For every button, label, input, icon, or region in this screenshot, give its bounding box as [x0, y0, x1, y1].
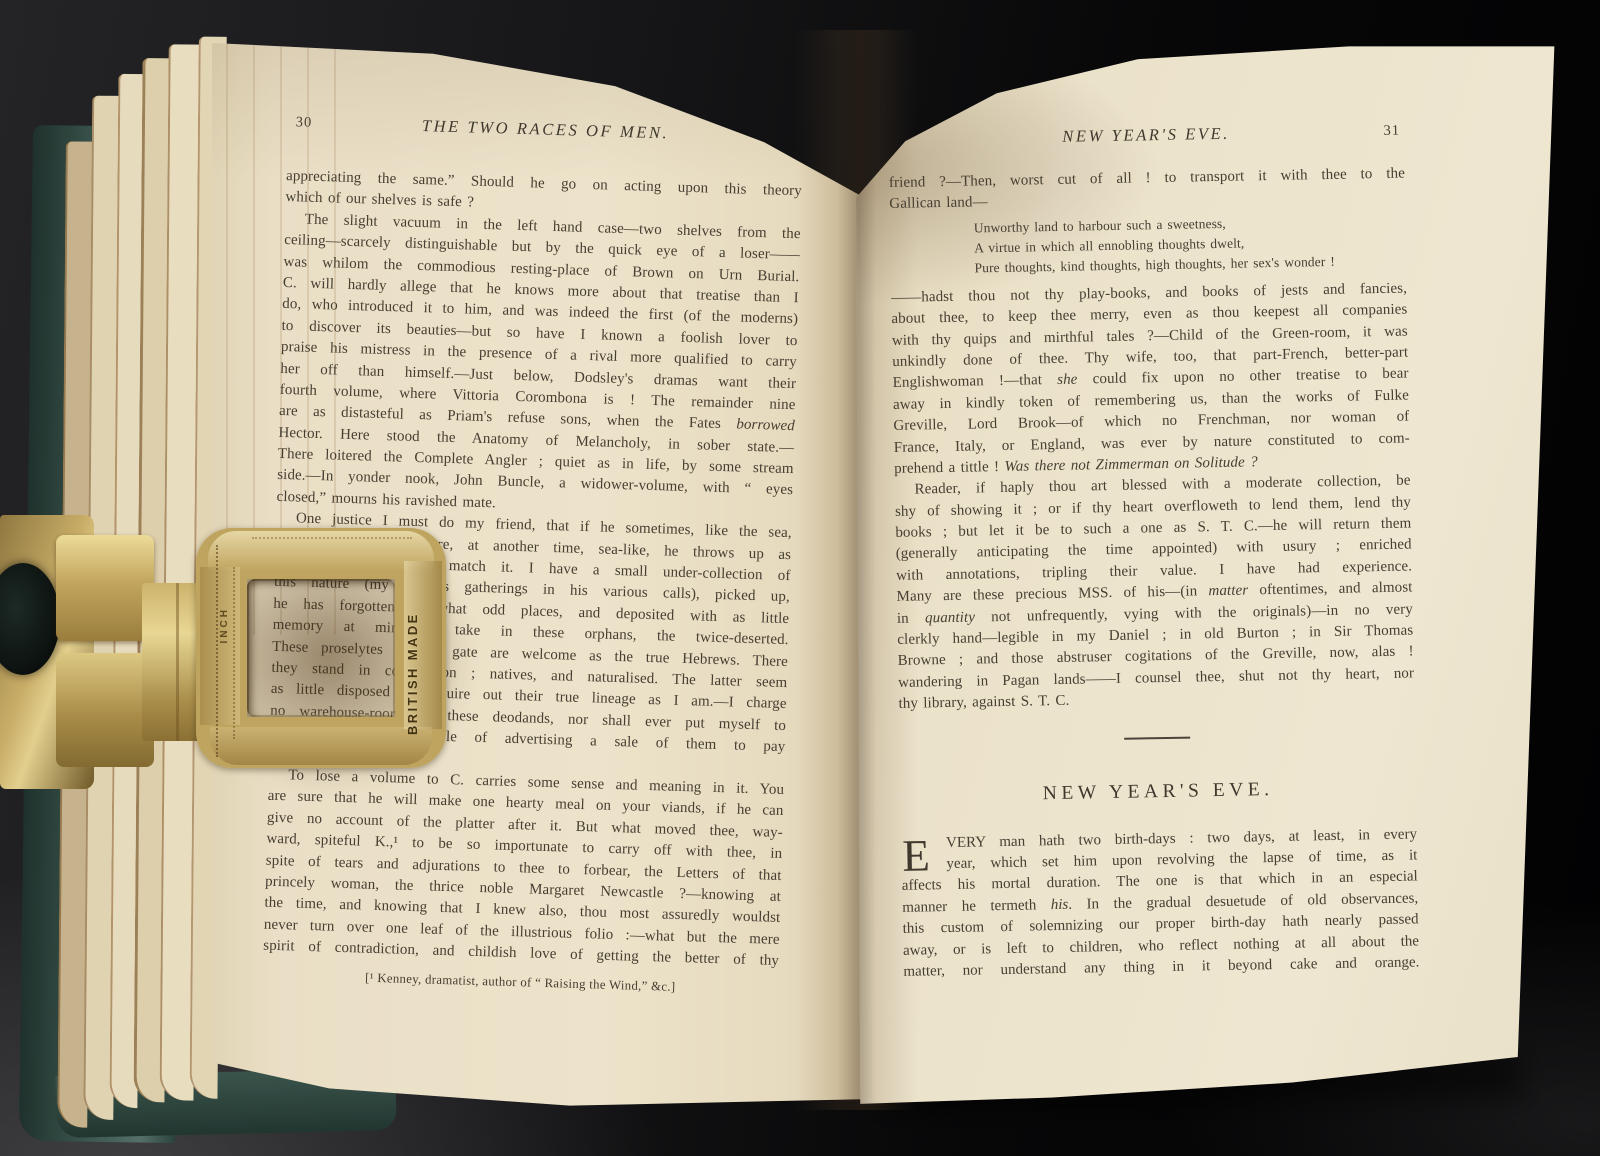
- right-page-body-a: friend ?—Then, worst cut of all ! to tra…: [889, 164, 1415, 716]
- clip-hinge-block: [56, 653, 154, 767]
- photo-of-open-book: 30 THE TWO RACES OF MEN. appreciating th…: [0, 0, 1600, 1156]
- brass-clip: INCH BRITISH MADE: [0, 505, 480, 805]
- right-page-content: NEW YEAR'S EVE. 31 friend ?—Then, worst …: [888, 121, 1420, 984]
- ruler-ticks: [252, 537, 412, 539]
- clip-hinge-block: [56, 535, 154, 641]
- section-divider: [1124, 736, 1190, 739]
- right-page-body-b: E VERY man hath two birth-days : two day…: [901, 824, 1420, 983]
- inch-engraving: INCH: [219, 607, 230, 643]
- page-number-left: 30: [295, 114, 312, 131]
- ruler-ticks: [216, 545, 218, 757]
- page-number-right: 31: [1383, 123, 1400, 140]
- clip-frame-highlight: [210, 727, 432, 765]
- section-heading: NEW YEAR'S EVE.: [900, 776, 1416, 807]
- clip-window: [247, 579, 395, 717]
- british-made-engraving: BRITISH MADE: [405, 563, 420, 735]
- ruler-ticks: [233, 567, 235, 739]
- drop-cap: E: [902, 835, 930, 875]
